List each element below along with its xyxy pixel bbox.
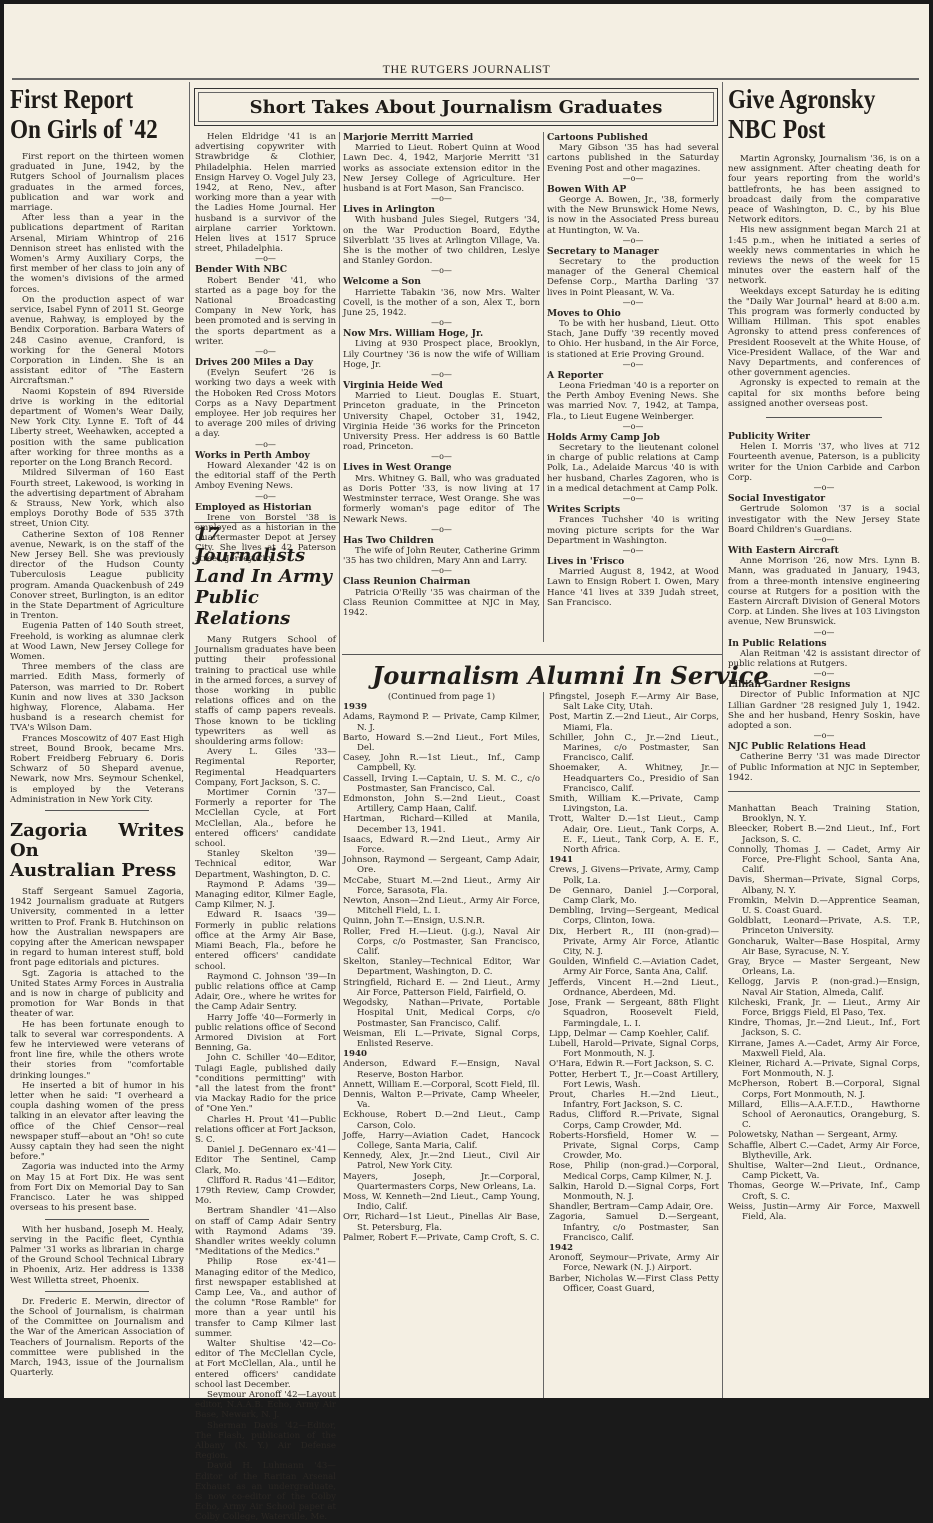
item-heading: Now Mrs. William Hoge, Jr. xyxy=(343,329,540,339)
paragraph: Catherine Sexton of 108 Renner avenue, N… xyxy=(10,530,184,622)
list-item: Kirrane, James A.—Cadet, Army Air Force,… xyxy=(728,1039,920,1059)
list-item: Adams, Raymond P. — Private, Camp Kilmer… xyxy=(343,712,540,732)
separator: —o— xyxy=(547,546,719,556)
item-text: Patricia O'Reilly '35 was chairman of th… xyxy=(343,588,540,619)
item-heading: Writes Scripts xyxy=(547,505,719,515)
item-text: Married to Lieut. Robert Quinn at Wood L… xyxy=(343,143,540,194)
list-item: Shandler, Bertram—Camp Adair, Ore. xyxy=(549,1202,719,1212)
paragraph: Clifford R. Radus '41—Editor, 179th Revi… xyxy=(195,1176,336,1207)
list-item: Anderson, Edward F.—Ensign, Naval Reserv… xyxy=(343,1059,540,1079)
list-item: Orr, Richard—1st Lieut., Pinellas Air Ba… xyxy=(343,1212,540,1232)
paragraph: John C. Schiller '40—Editor, Tulagi Eagl… xyxy=(195,1053,336,1114)
item-text: The wife of John Reuter, Catherine Grimm… xyxy=(343,546,540,566)
list-item: Kennedy, Alex, Jr.—2nd Lieut., Civil Air… xyxy=(343,1151,540,1171)
separator: —o— xyxy=(343,452,540,462)
item-heading: In Public Relations xyxy=(728,639,920,649)
item-text: George A. Bowen, Jr., '38, formerly with… xyxy=(547,195,719,236)
item-heading: Lives in West Orange xyxy=(343,463,540,473)
list-item: Jefferds, Vincent H.—2nd Lieut., Ordnanc… xyxy=(549,978,719,998)
separator: —o— xyxy=(728,628,920,638)
paragraph: Zagoria was inducted into the Army on Ma… xyxy=(10,1162,184,1213)
list-item: Kindre, Thomas, Jr.—2nd Lieut., Inf., Fo… xyxy=(728,1018,920,1038)
separator: —o— xyxy=(728,483,920,493)
list-item: Schaffle, Albert C.—Cadet, Army Air Forc… xyxy=(728,1141,920,1161)
item-heading: Has Two Children xyxy=(343,536,540,546)
list-item: Mayers, Joseph, Jr.—Corporal, Quartermas… xyxy=(343,1172,540,1192)
list-item: Zagoria, Samuel D.—Sergeant, Infantry, c… xyxy=(549,1212,719,1243)
list-item: Polowetsky, Nathan — Sergeant, Army. xyxy=(728,1130,920,1140)
article-body: Staff Sergeant Samuel Zagoria, 1942 Jour… xyxy=(10,887,184,1214)
section-rule xyxy=(194,522,339,523)
list-item: Post, Martin Z.—2nd Lieut., Air Corps, M… xyxy=(549,712,719,732)
item-heading: NJC Public Relations Head xyxy=(728,742,920,752)
divider xyxy=(45,810,149,811)
item-text: Leona Friedman '40 is a reporter on the … xyxy=(547,381,719,422)
list-item: Kilcheski, Frank, Jr. — Lieut., Army Air… xyxy=(728,998,920,1018)
separator: —o— xyxy=(343,370,540,380)
list-item: Roller, Fred H.—Lieut. (j.g.), Naval Air… xyxy=(343,927,540,958)
item-heading: Publicity Writer xyxy=(728,432,920,442)
separator: —o— xyxy=(343,194,540,204)
list-item: Kleiner, Richard A.—Private, Signal Corp… xyxy=(728,1059,920,1079)
item-text: Married to Lieut. Douglas E. Stuart, Pri… xyxy=(343,391,540,452)
alumni-column-1: (Continued from page 1) 1939Adams, Raymo… xyxy=(343,692,540,1243)
list-item: McCabe, Stuart M.—2nd Lieut., Army Air F… xyxy=(343,876,540,896)
list-item: Joffe, Harry—Aviation Cadet, Hancock Col… xyxy=(343,1131,540,1151)
list-item: Isaacs, Edward R.—2nd Lieut., Army Air F… xyxy=(343,835,540,855)
list-item: Connolly, Thomas J. — Cadet, Army Air Fo… xyxy=(728,845,920,876)
paragraph: Stanley Skelton '39—Technical editor, Wa… xyxy=(195,849,336,880)
paragraph: Weekdays except Saturday he is editing t… xyxy=(728,287,920,379)
list-item: Quinn, John T.—Ensign, U.S.N.R. xyxy=(343,916,540,926)
list-item: Goncharuk, Walter—Base Hospital, Army Ai… xyxy=(728,937,920,957)
divider xyxy=(45,1291,149,1292)
list-item: Casey, John R.—1st Lieut., Inf., Camp Ca… xyxy=(343,753,540,773)
item-text: Secretary to the production manager of t… xyxy=(547,257,719,298)
list-item: Jose, Frank — Sergeant, 88th Flight Squa… xyxy=(549,998,719,1029)
item-text: Howard Alexander '42 is on the editorial… xyxy=(195,461,336,492)
list-item: Dix, Herbert R., III (non-grad)—Private,… xyxy=(549,927,719,958)
column-rule xyxy=(189,82,190,1398)
headline-army-pr-line1: 17 Journalists xyxy=(195,524,336,566)
list-item: Barto, Howard S.—2nd Lieut., Fort Miles,… xyxy=(343,733,540,753)
list-item: Hartman, Richard—Killed at Manila, Decem… xyxy=(343,814,540,834)
article-body: First report on the thirteen women gradu… xyxy=(10,152,184,805)
headline-zagoria-line2: Australian Press xyxy=(10,861,184,881)
paragraph: Walter Shultise '42—Co-editor of The McC… xyxy=(195,1339,336,1390)
item-text: To be with her husband, Lieut. Otto Stac… xyxy=(547,319,719,360)
list-item: Schiller, John C., Jr.—2nd Lieut., Marin… xyxy=(549,733,719,764)
headline-army-pr-line3: Public Relations xyxy=(195,587,336,629)
section-rule xyxy=(728,791,920,792)
short-takes-header-box: Short Takes About Journalism Graduates xyxy=(194,88,718,126)
list-item: Dennis, Walton P.—Private, Camp Wheeler,… xyxy=(343,1090,540,1110)
item-text: Harriette Tabakin '36, now Mrs. Walter C… xyxy=(343,288,540,319)
item-heading: Employed as Historian xyxy=(195,503,336,513)
paragraph: Seymour Aronoff '42—Layout editor, N.A.A… xyxy=(195,1390,336,1402)
item-heading: Secretary to Manager xyxy=(547,247,719,257)
paragraph: Agronsky is expected to remain at the ca… xyxy=(728,378,920,409)
separator: —o— xyxy=(343,525,540,535)
item-text: Alan Reitman '42 is assistant director o… xyxy=(728,649,920,669)
short-takes-column-2: Marjorie Merritt MarriedMarried to Lieut… xyxy=(343,132,540,618)
list-item: O'Hara, Edwin R.—Fort Jackson, S. C. xyxy=(549,1059,719,1069)
paragraph: He inserted a bit of humor in his letter… xyxy=(10,1081,184,1163)
item-heading: With Eastern Aircraft xyxy=(728,546,920,556)
list-item: Gray, Bryce — Master Sergeant, New Orlea… xyxy=(728,957,920,977)
article-agronsky: Give Agronsky NBC Post Martin Agronsky, … xyxy=(728,84,920,1222)
item-heading: Welcome a Son xyxy=(343,277,540,287)
item-heading: Cartoons Published xyxy=(547,133,719,143)
continued-note: (Continued from page 1) xyxy=(343,692,540,702)
separator: —o— xyxy=(195,440,336,450)
list-item: Weiss, Justin—Army Air Force, Maxwell Fi… xyxy=(728,1202,920,1222)
alumni-column-2: Pfingstel, Joseph F.—Army Air Base, Salt… xyxy=(549,692,719,1294)
separator: —o— xyxy=(547,360,719,370)
paragraph: After less than a year in the publicatio… xyxy=(10,213,184,295)
list-item: Newton, Anson—2nd Lieut., Army Air Force… xyxy=(343,896,540,916)
column-rule xyxy=(339,522,340,1398)
item-heading: Social Investigator xyxy=(728,494,920,504)
list-item: Bleecker, Robert B.—2nd Lieut., Inf., Fo… xyxy=(728,824,920,844)
column-rule xyxy=(722,82,723,1398)
item-heading: Lives in Arlington xyxy=(343,205,540,215)
separator: —o— xyxy=(547,422,719,432)
year-heading: 1942 xyxy=(549,1243,719,1253)
headline-army-pr-line2: Land In Army xyxy=(195,566,336,587)
list-item: Weisman, Eli L.—Private, Signal Corps, E… xyxy=(343,1029,540,1049)
list-item: Trott, Walter D.—1st Lieut., Camp Adair,… xyxy=(549,814,719,855)
year-heading: 1940 xyxy=(343,1049,540,1059)
headline-agronsky-line2: NBC Post xyxy=(728,114,893,144)
item-text: Catherine Berry '31 was made Director of… xyxy=(728,752,920,783)
healy-item: With her husband, Joseph M. Healy, servi… xyxy=(10,1225,184,1286)
list-item: Goldblatt, Leonard—Private, A.S. T.P., P… xyxy=(728,916,920,936)
separator: —o— xyxy=(195,254,336,264)
item-text: Director of Public Information at NJC Li… xyxy=(728,690,920,731)
separator: —o— xyxy=(728,535,920,545)
item-text: Anne Morrison '26, now Mrs. Lynn B. Mann… xyxy=(728,556,920,627)
list-item: Manhattan Beach Training Station, Brookl… xyxy=(728,804,920,824)
item-text: Mary Gibson '35 has had several cartons … xyxy=(547,143,719,174)
item-text: Mrs. Whitney G. Ball, who was graduated … xyxy=(343,474,540,525)
paragraph: Edward R. Isaacs '39—Formerly in public … xyxy=(195,910,336,971)
paragraph: Charles H. Prout '41—Public relations of… xyxy=(195,1115,336,1146)
list-item: Palmer, Robert F.—Private, Camp Croft, S… xyxy=(343,1233,540,1243)
headline-agronsky-line1: Give Agronsky xyxy=(728,84,893,114)
separator: —o— xyxy=(343,318,540,328)
item-text: Secretary to the lieutenant colonel in c… xyxy=(547,443,719,494)
article-body: Many Rutgers School of Journalism gradua… xyxy=(195,635,336,1402)
section-rule xyxy=(342,654,722,655)
paragraph: Raymond C. Johnson '39—In public relatio… xyxy=(195,972,336,1013)
item-heading: Bowen With AP xyxy=(547,185,719,195)
item-text: Married August 8, 1942, at Wood Lawn to … xyxy=(547,567,719,608)
item-heading: A Reporter xyxy=(547,371,719,381)
item-text: (Evelyn Seufert '26 is working two days … xyxy=(195,368,336,439)
list-item: Prout, Charles H.—2nd Lieut., Infantry, … xyxy=(549,1090,719,1110)
paragraph: Naomi Kopstein of 894 Riverside drive is… xyxy=(10,387,184,469)
alumni-list: 1939Adams, Raymond P. — Private, Camp Ki… xyxy=(343,702,540,1243)
item-text: Living at 930 Prospect place, Brooklyn, … xyxy=(343,339,540,370)
paragraph: Avery L. Giles '33—Regimental Reporter, … xyxy=(195,747,336,788)
list-item: Shultise, Walter—2nd Lieut., Ordnance, C… xyxy=(728,1161,920,1181)
item-heading: Moves to Ohio xyxy=(547,309,719,319)
list-item: Dembling, Irving—Sergeant, Medical Corps… xyxy=(549,906,719,926)
alumni-title: Journalism Alumni In Service xyxy=(372,661,769,690)
short-takes-title: Short Takes About Journalism Graduates xyxy=(198,92,714,122)
paragraph: Mortimer Cornin '37—Formerly a reporter … xyxy=(195,788,336,849)
list-item: Cassell, Irving I.—Captain, U. S. M. C.,… xyxy=(343,774,540,794)
paragraph: Daniel J. DeGennaro ex-'41—Editor The Se… xyxy=(195,1145,336,1176)
list-item: Moss, W. Kenneth—2nd Lieut., Camp Young,… xyxy=(343,1192,540,1212)
item-heading: Bender With NBC xyxy=(195,265,336,275)
paragraph: Many Rutgers School of Journalism gradua… xyxy=(195,635,336,747)
item-heading: Lillian Gardner Resigns xyxy=(728,680,920,690)
list-item: De Gennaro, Daniel J.—Corporal, Camp Cla… xyxy=(549,886,719,906)
short-takes-column-3: Cartoons PublishedMary Gibson '35 has ha… xyxy=(547,132,719,608)
paragraph: Raymond P. Adams '39—Managing editor, Ki… xyxy=(195,880,336,911)
paragraph: Eugenia Patten of 140 South street, Free… xyxy=(10,621,184,662)
column-rule xyxy=(543,692,544,1398)
list-item: Fromkin, Melvin D.—Apprentice Seaman, U.… xyxy=(728,896,920,916)
item-heading: Holds Army Camp Job xyxy=(547,433,719,443)
newspaper-page: THE RUTGERS JOURNALIST First Report On G… xyxy=(4,4,929,1398)
paragraph: Staff Sergeant Samuel Zagoria, 1942 Jour… xyxy=(10,887,184,969)
separator: —o— xyxy=(343,266,540,276)
paragraph: Frances Moscowitz of 407 East High stree… xyxy=(10,734,184,805)
paragraph: First report on the thirteen women gradu… xyxy=(10,152,184,213)
paragraph: Bertram Shandler '41—Also on staff of Ca… xyxy=(195,1206,336,1257)
item-heading: Marjorie Merritt Married xyxy=(343,133,540,143)
list-item: McPherson, Robert B.—Corporal, Signal Co… xyxy=(728,1079,920,1099)
item-heading: Virginia Heide Wed xyxy=(343,381,540,391)
paragraph: Martin Agronsky, Journalism '36, is on a… xyxy=(728,154,920,225)
year-heading: 1941 xyxy=(549,855,719,865)
article-army-pr: 17 Journalists Land In Army Public Relat… xyxy=(195,524,336,1402)
column-rule xyxy=(339,132,340,522)
item-text: Helen Eldridge '41 is an advertising cop… xyxy=(195,132,336,254)
separator: —o— xyxy=(195,492,336,502)
item-text: Frances Tuchsher '40 is writing moving p… xyxy=(547,515,719,546)
separator: —o— xyxy=(547,494,719,504)
paragraph: He has been fortunate enough to talk to … xyxy=(10,1020,184,1081)
list-item: Edmonston, John S.—2nd Lieut., Coast Art… xyxy=(343,794,540,814)
article-girls-42: First Report On Girls of '42 First repor… xyxy=(10,84,184,1378)
separator: —o— xyxy=(728,669,920,679)
alumni-column-3: Manhattan Beach Training Station, Brookl… xyxy=(728,804,920,1222)
divider xyxy=(45,1219,149,1220)
list-item: Smith, William K.—Private, Camp Livingst… xyxy=(549,794,719,814)
list-item: Kellogg, Jarvis P. (non-grad.)—Ensign, N… xyxy=(728,977,920,997)
paragraph: Harry Joffe '40—Formerly in public relat… xyxy=(195,1013,336,1054)
headline-zagoria-line1: Zagoria Writes On xyxy=(10,821,184,861)
list-item: Eckhouse, Robert D.—2nd Lieut., Camp Car… xyxy=(343,1110,540,1130)
headline-girls-42-line2: On Girls of '42 xyxy=(10,114,160,144)
paragraph: On the production aspect of war service,… xyxy=(10,295,184,387)
separator: —o— xyxy=(195,347,336,357)
list-item: Goulden, Winfield C.—Aviation Cadet, Arm… xyxy=(549,957,719,977)
list-item: Millard, Ellis—A.A.F.T.D., Hawthorne Sch… xyxy=(728,1100,920,1131)
list-item: Annett, William E.—Corporal, Scott Field… xyxy=(343,1080,540,1090)
list-item: Skelton, Stanley—Technical Editor, War D… xyxy=(343,957,540,977)
list-item: Barber, Nicholas W.—First Class Petty Of… xyxy=(549,1274,719,1294)
paragraph: His new assignment began March 21 at 1:4… xyxy=(728,225,920,286)
list-item: Lubell, Harold—Private, Signal Corps, Fo… xyxy=(549,1039,719,1059)
item-heading: Drives 200 Miles a Day xyxy=(195,358,336,368)
masthead: THE RUTGERS JOURNALIST xyxy=(4,62,929,77)
list-item: Crews, J. Givens—Private, Army, Camp Pol… xyxy=(549,865,719,885)
paragraph: Sgt. Zagoria is attached to the United S… xyxy=(10,969,184,1020)
list-item: Rose, Philip (non-grad.)—Corporal, Medic… xyxy=(549,1161,719,1181)
separator: —o— xyxy=(343,566,540,576)
list-item: Davis, Sherman—Private, Signal Corps, Al… xyxy=(728,875,920,895)
list-item: Shoemaker, A. Whitney, Jr.—Headquarters … xyxy=(549,763,719,794)
list-item: Pfingstel, Joseph F.—Army Air Base, Salt… xyxy=(549,692,719,712)
paragraph: Three members of the class are married. … xyxy=(10,662,184,733)
item-text: Helen I. Morris '37, who lives at 712 Fo… xyxy=(728,442,920,483)
list-item: Salkin, Harold D.—Signal Corps, Fort Mon… xyxy=(549,1182,719,1202)
list-item: Thomas, George W.—Private, Inf., Camp Cr… xyxy=(728,1181,920,1201)
divider xyxy=(766,417,881,418)
article-body: Martin Agronsky, Journalism '36, is on a… xyxy=(728,154,920,409)
item-heading: Works in Perth Amboy xyxy=(195,451,336,461)
merwin-item: Dr. Frederic E. Merwin, director of the … xyxy=(10,1297,184,1379)
item-text: Robert Bender '41, who started as a page… xyxy=(195,276,336,347)
list-item: Potter, Herbert T., Jr.—Coast Artillery,… xyxy=(549,1070,719,1090)
short-takes-column-1: Helen Eldridge '41 is an advertising cop… xyxy=(195,132,336,564)
year-heading: 1939 xyxy=(343,702,540,712)
paragraph: Philip Rose ex-'41—Managing editor of th… xyxy=(195,1257,336,1339)
list-item: Aronoff, Seymour—Private, Army Air Force… xyxy=(549,1253,719,1273)
right-short-items: Publicity WriterHelen I. Morris '37, who… xyxy=(728,432,920,783)
separator: —o— xyxy=(547,174,719,184)
list-item: Lipp, Delmar — Camp Koehler, Calif. xyxy=(549,1029,719,1039)
item-text: With husband Jules Siegel, Rutgers '34, … xyxy=(343,215,540,266)
headline-girls-42-line1: First Report xyxy=(10,84,160,114)
column-rule xyxy=(543,132,544,642)
list-item: Roberts-Horsfield, Homer W. — Private, S… xyxy=(549,1131,719,1162)
separator: —o— xyxy=(547,298,719,308)
list-item: Wegodsky, Nathan—Private, Portable Hospi… xyxy=(343,998,540,1029)
paragraph: Mildred Silverman of 160 East Fourth str… xyxy=(10,468,184,529)
masthead-rule xyxy=(12,78,919,80)
list-item: Radus, Clifford R.—Private, Signal Corps… xyxy=(549,1110,719,1130)
item-heading: Lives in 'Frisco xyxy=(547,557,719,567)
separator: —o— xyxy=(547,236,719,246)
item-heading: Class Reunion Chairman xyxy=(343,577,540,587)
item-text: Gertrude Solomon '37 is a social investi… xyxy=(728,504,920,535)
list-item: Johnson, Raymond — Sergeant, Camp Adair,… xyxy=(343,855,540,875)
separator: —o— xyxy=(728,731,920,741)
list-item: Stringfield, Richard E. — 2nd Lieut., Ar… xyxy=(343,978,540,998)
